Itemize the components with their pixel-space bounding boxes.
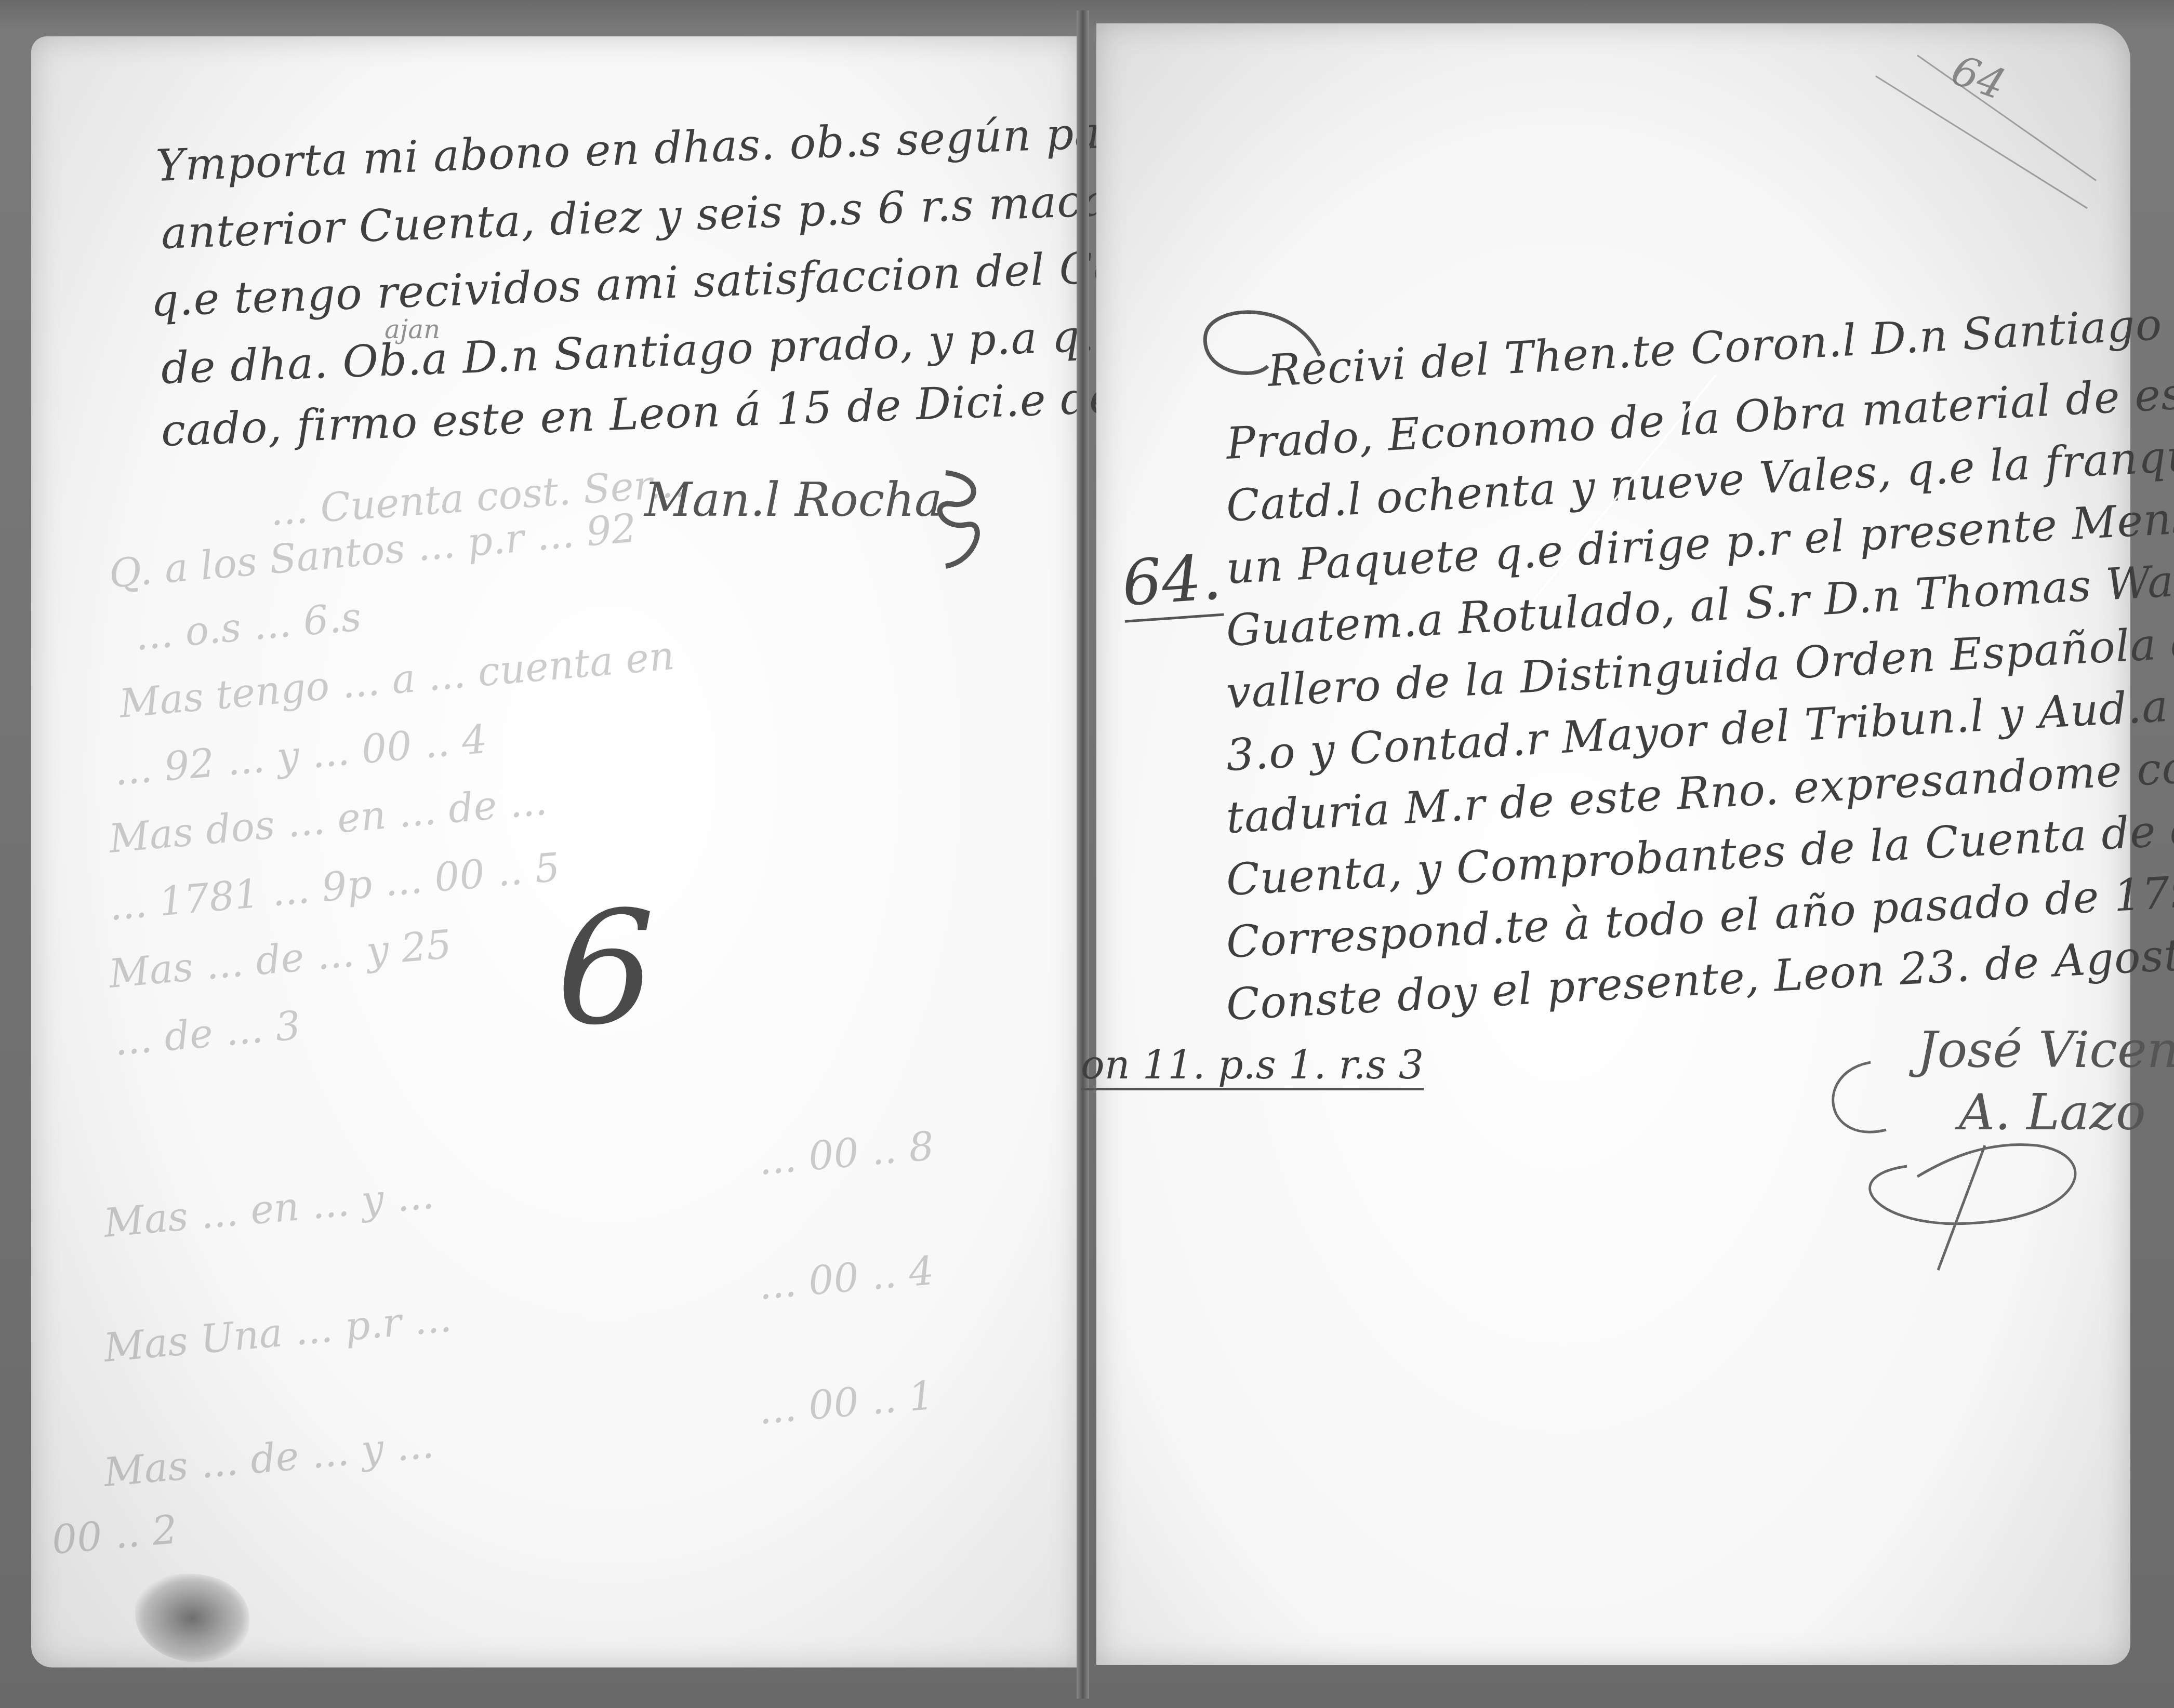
bleed-line: ... o.s ... 6.s [133,593,363,659]
folio-number-top: 64 [1945,46,2011,109]
bleed-line: ... 1781 ... 9p ... 00 .. 5 [107,844,562,929]
large-folio-number: 6 [556,878,655,1059]
left-page: ... Cuenta cost. Ser... Q. a los Santos … [31,36,1081,1667]
bleed-line: ... 00 .. 8 [757,1123,936,1184]
bleed-line: 00 .. 2 [50,1506,179,1563]
margin-folio-number: 64. [1120,541,1224,623]
bleed-line: ... 00 .. 4 [757,1247,936,1309]
signature-rocha: Man.l Rocha [644,473,943,527]
right-page: 64 Recivi del Then.te Coron.l D.n Santia… [1096,23,2130,1665]
ink-stain [135,1574,249,1662]
bleed-line: Mas dos ... en ... de ... [107,777,549,861]
bleed-line: ... 92 ... y ... 00 .. 4 [112,715,489,794]
bleed-line: Mas ... de ... y 25 [107,921,453,997]
book-gutter [1077,10,1089,1699]
bleed-line: Mas ... de ... y ... [102,1421,435,1496]
bleed-line: ... 00 .. 1 [757,1372,936,1433]
book-spread: ... Cuenta cost. Ser... Q. a los Santos … [0,0,2174,1708]
bleed-line: Mas Una ... p.r ... [102,1295,453,1371]
bleed-line: Mas ... en ... y ... [102,1171,436,1246]
signature-flourish-icon [914,462,998,577]
signature-rubric-icon [1813,1042,2125,1275]
bleed-line: ... de ... 3 [112,1002,302,1064]
cost-note: on 11. p.s 1. r.s 3 [1081,1042,1424,1090]
